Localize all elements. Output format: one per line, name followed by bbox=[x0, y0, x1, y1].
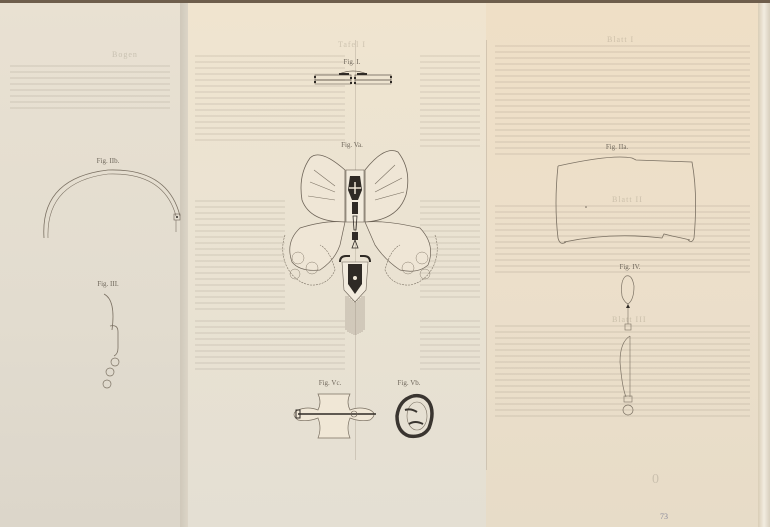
fig-vb-clasp-drawing bbox=[393, 392, 438, 440]
ghost-heading-middle: Tafel I bbox=[338, 40, 366, 49]
fig-vc-pin-drawing bbox=[290, 392, 380, 442]
fig-iia-label: Fig. IIa. bbox=[606, 143, 628, 151]
ghost-heading-left: Bogen bbox=[112, 50, 138, 59]
fig-va-label: Fig. Va. bbox=[341, 141, 363, 149]
ghost-text-block bbox=[420, 55, 480, 150]
ghost-heading-right: Blatt I bbox=[607, 35, 634, 44]
right-page-edge bbox=[758, 0, 770, 527]
fig-iib-arch-drawing bbox=[38, 166, 188, 242]
fig-vc-label: Fig. Vc. bbox=[319, 379, 342, 387]
fig-vb-label: Fig. Vb. bbox=[397, 379, 420, 387]
ghost-text-block bbox=[10, 65, 170, 110]
fig-iii-stem-drawing bbox=[98, 292, 128, 392]
fig-i-buckle-drawing bbox=[313, 68, 393, 88]
scanned-document: Bogen Tafel I Blatt I Blatt II Blatt III… bbox=[0, 0, 770, 527]
fig-iv-pin-drawing bbox=[612, 272, 642, 417]
fig-iia-outline-drawing bbox=[552, 154, 697, 249]
column-divider bbox=[486, 40, 487, 470]
fig-iv-label: Fig. IV. bbox=[619, 263, 640, 271]
page-number: 73 bbox=[660, 512, 668, 521]
fig-i-label: Fig. I. bbox=[344, 58, 361, 66]
ghost-text-block bbox=[495, 45, 750, 155]
fig-iib-label: Fig. IIb. bbox=[97, 157, 120, 165]
top-binding-strip bbox=[0, 0, 770, 3]
left-fold-shadow bbox=[180, 0, 188, 527]
fig-va-bow-drawing bbox=[280, 150, 440, 335]
faint-mark: 0 bbox=[652, 472, 659, 488]
fig-iii-label: Fig. III. bbox=[97, 280, 119, 288]
ghost-text-block bbox=[195, 200, 285, 310]
